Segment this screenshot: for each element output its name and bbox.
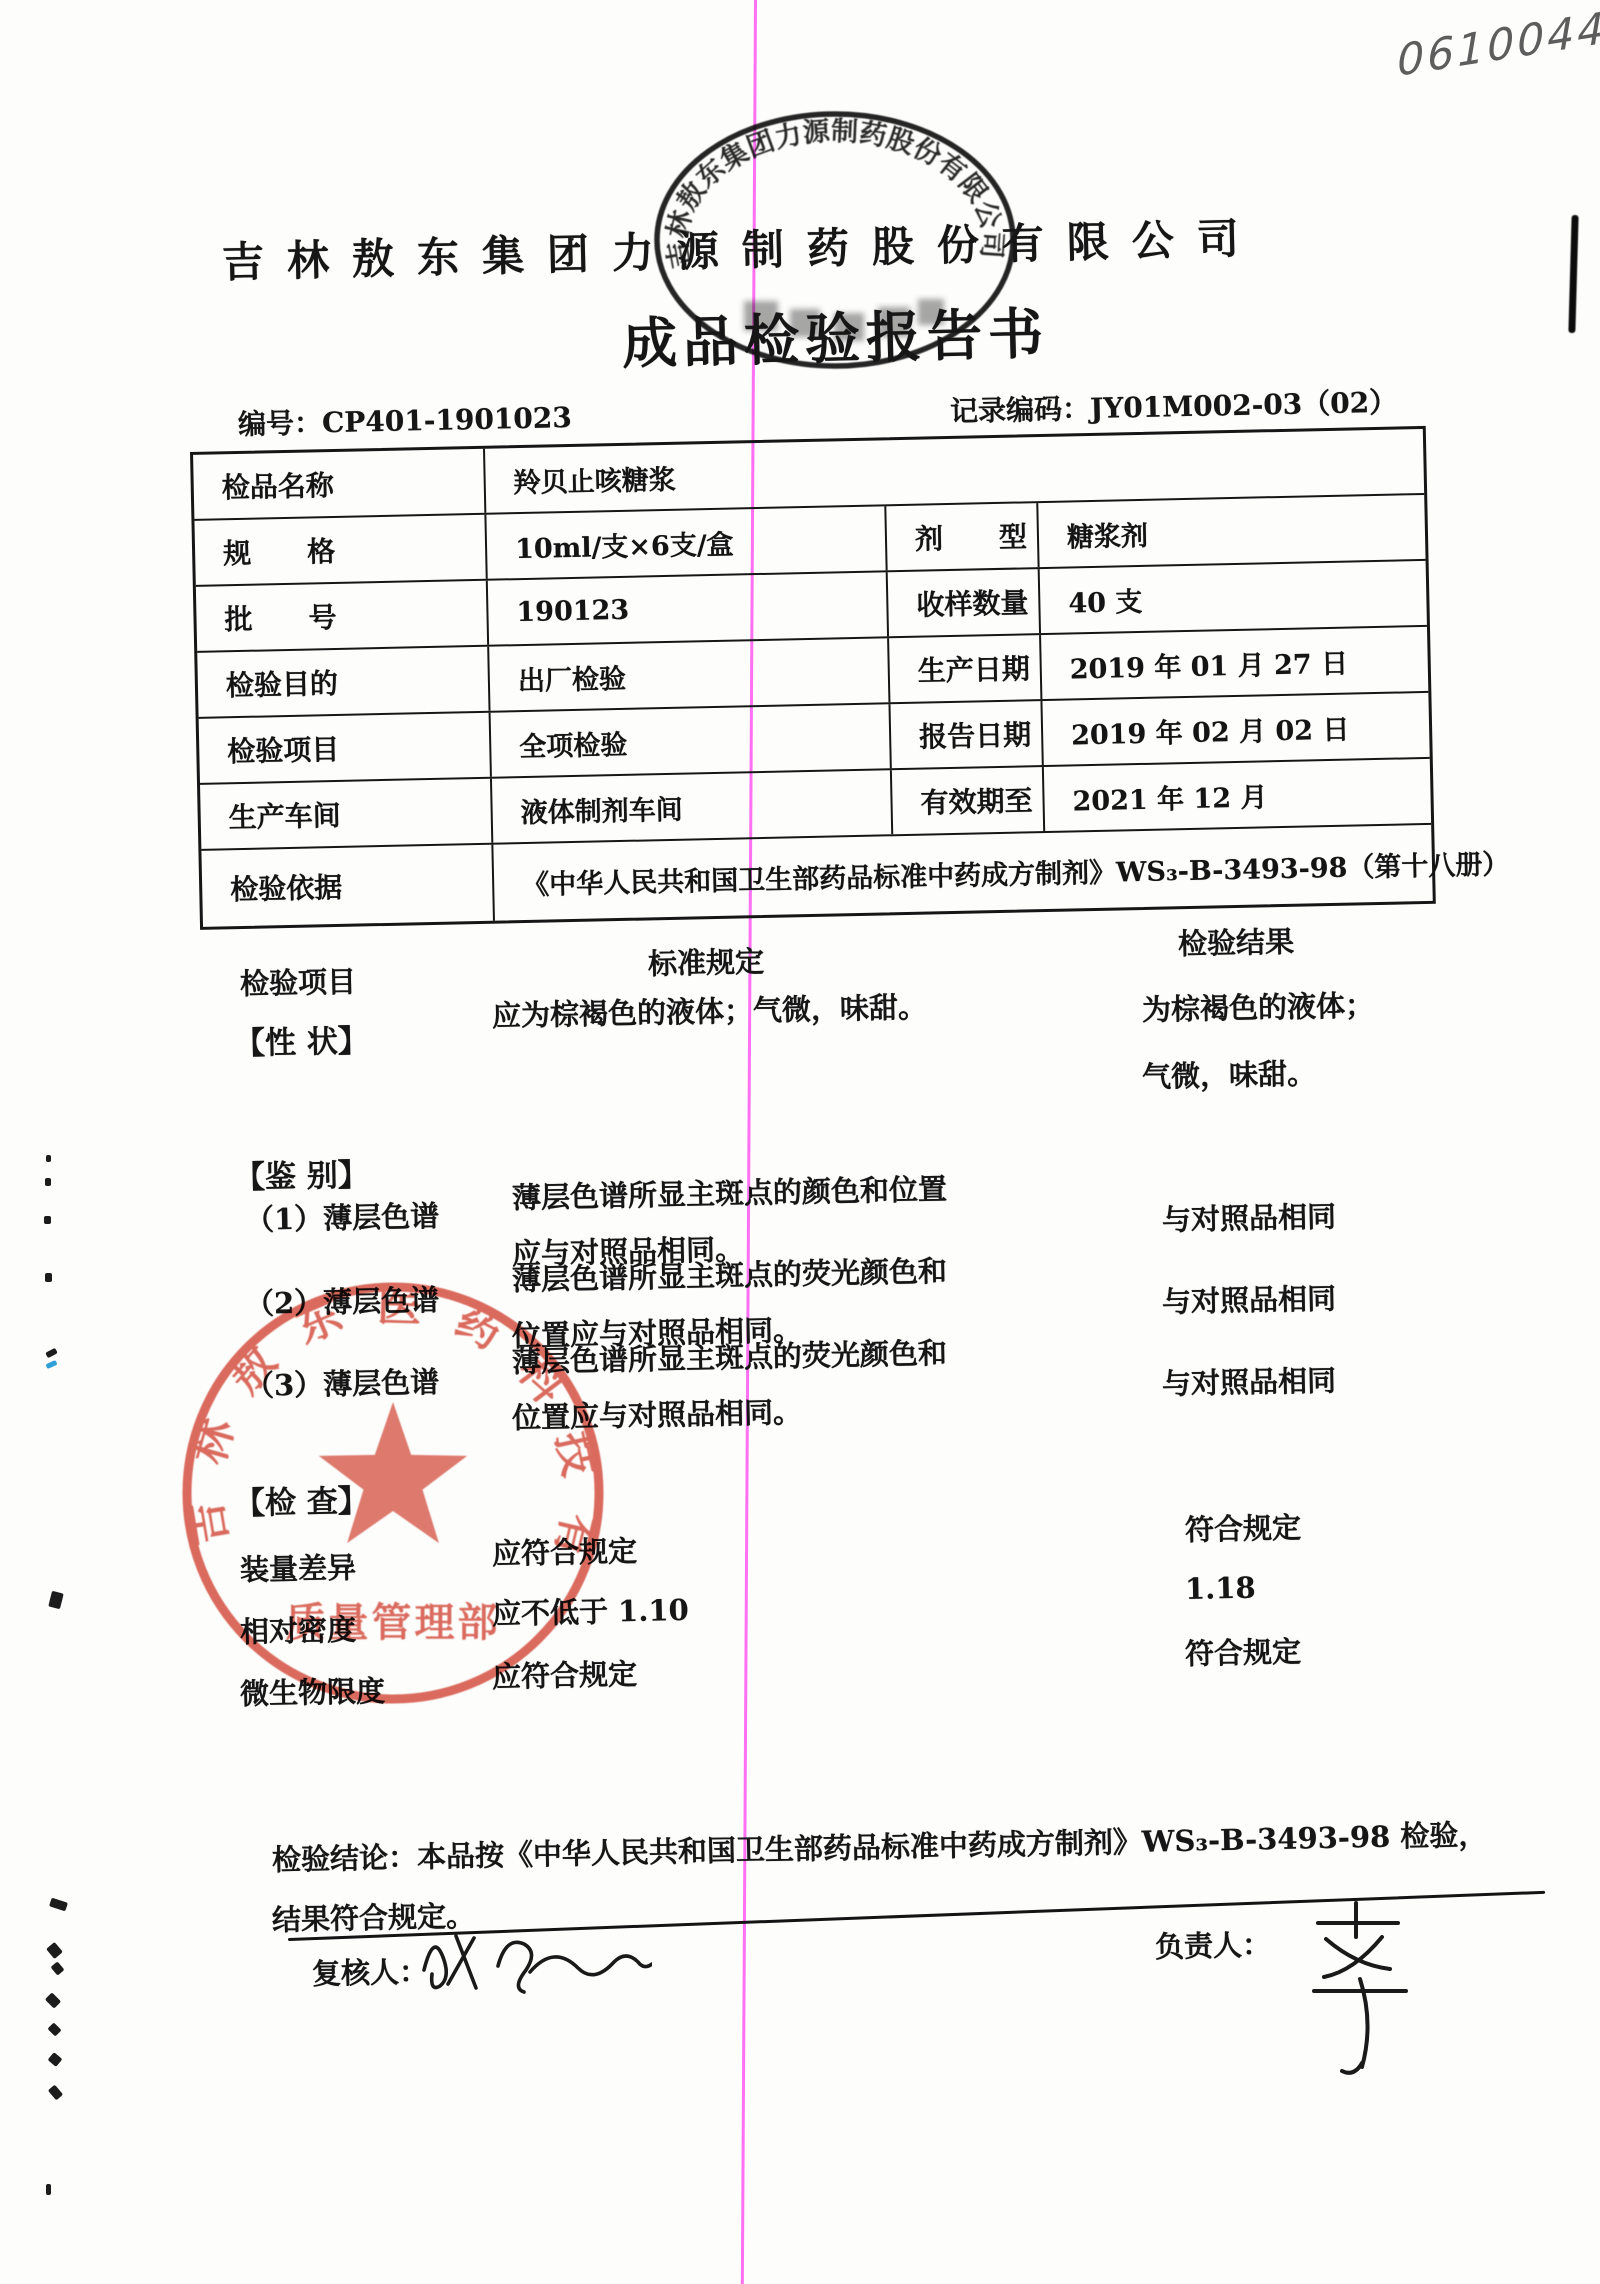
reviewer-label: 复核人： xyxy=(312,1950,429,1993)
responsible-label: 负责人： xyxy=(1155,1923,1272,1966)
section-label-identification: 【鉴 别】 xyxy=(234,1149,370,1197)
inspection-result: 符合规定 xyxy=(1185,1506,1302,1549)
row-value: 全项检验 xyxy=(491,704,892,776)
record-code-label: 记录编码： xyxy=(950,392,1091,428)
identification-standard: 薄层色谱所显主斑点的颜色和位置 xyxy=(512,1167,948,1217)
doc-number-label: 编号： xyxy=(238,406,323,441)
scan-mark xyxy=(46,1942,63,1959)
company-title: 吉林敖东集团力源制药股份有限公司 xyxy=(221,206,1262,290)
row-value2: 2019 年 02 月 02 日 xyxy=(1042,693,1429,765)
row-label2: 有效期至 xyxy=(892,767,1045,834)
identification-item-name: （1）薄层色谱 xyxy=(245,1194,440,1239)
identification-result: 与对照品相同 xyxy=(1162,1276,1337,1321)
row-label: 检品名称 xyxy=(193,449,486,519)
row-value: 液体制剂车间 xyxy=(492,770,893,842)
row-value: 出厂检验 xyxy=(489,638,890,710)
character-result-line1: 为棕褐色的液体； xyxy=(1142,983,1375,1029)
reviewer-signature xyxy=(412,1908,652,2018)
handwritten-archive-number: 0610044 xyxy=(1397,3,1600,87)
svg-text:吉林敖东医药科技有限公司: 吉林敖东医药科技有限公司 xyxy=(168,1268,605,1563)
scanned-inspection-report: 0610044 吉林敖东集团力源制药股份有限公司 吉林敖东集团力源制药股份有限公… xyxy=(0,0,1600,2284)
conclusion-line1: 检验结论：本品按《中华人民共和国卫生部药品标准中药成方制剂》WS₃-B-3493… xyxy=(272,1813,1488,1879)
row-label2: 剂 型 xyxy=(886,503,1039,570)
record-code-value: JY01M002-03（02） xyxy=(1090,386,1398,425)
row-value2: 糖浆剂 xyxy=(1038,495,1425,567)
scan-mark xyxy=(45,1273,52,1282)
row-label: 检验目的 xyxy=(197,647,490,717)
col-header-item: 检验项目 xyxy=(240,960,357,1003)
row-label: 规 格 xyxy=(194,515,487,585)
row-label2: 报告日期 xyxy=(890,701,1043,768)
scan-mark xyxy=(47,2022,61,2036)
character-standard: 应为棕褐色的液体；气微，味甜。 xyxy=(492,985,928,1035)
character-result-line2: 气微，味甜。 xyxy=(1142,1051,1317,1096)
scan-binding-mark xyxy=(1568,215,1578,333)
row-label: 生产车间 xyxy=(200,779,493,849)
red-stamp-star xyxy=(319,1402,467,1543)
row-value2: 40 支 xyxy=(1040,561,1427,633)
report-title: 成品检验报告书 xyxy=(621,290,1050,379)
row-label: 检验项目 xyxy=(199,713,492,783)
scan-mark xyxy=(44,1216,51,1224)
identification-result: 与对照品相同 xyxy=(1162,1358,1337,1403)
row-value2: 2021 年 12 月 xyxy=(1044,759,1431,831)
scan-mark xyxy=(45,1348,58,1358)
scan-mark xyxy=(45,1178,51,1186)
scan-mark xyxy=(48,1591,64,1609)
section-label-character: 【性 状】 xyxy=(234,1015,370,1063)
row-label2: 收样数量 xyxy=(888,569,1041,636)
row-label: 检验依据 xyxy=(201,845,495,927)
scan-mark xyxy=(49,1898,68,1912)
doc-number-value: CP401-1901023 xyxy=(322,401,572,439)
scan-mark xyxy=(46,1155,51,1162)
scan-mark xyxy=(45,1992,61,2008)
scan-mark xyxy=(48,2085,63,2101)
doc-number-line: 编号：CP401-1901023 xyxy=(238,396,573,443)
scan-mark xyxy=(46,2184,51,2195)
inspection-result: 1.18 xyxy=(1185,1571,1256,1606)
inspection-result: 符合规定 xyxy=(1185,1630,1302,1673)
responsible-signature xyxy=(1290,1895,1440,2080)
row-value: 190123 xyxy=(488,572,889,644)
col-header-result: 检验结果 xyxy=(1178,920,1295,963)
red-stamp-arc-text: 吉林敖东医药科技有限公司 xyxy=(168,1268,605,1563)
identification-result: 与对照品相同 xyxy=(1162,1194,1337,1239)
scan-mark xyxy=(51,1961,65,1975)
scan-mark xyxy=(48,2052,63,2067)
row-label2: 生产日期 xyxy=(889,635,1042,702)
scan-mark-color xyxy=(45,1360,57,1369)
row-value: 10ml/支×6支/盒 xyxy=(486,506,887,578)
red-stamp-center-text: 质量管理部 xyxy=(286,1600,501,1646)
col-header-standard: 标准规定 xyxy=(648,940,765,983)
sample-info-table: 检品名称 羚贝止咳糖浆 规 格 10ml/支×6支/盒 剂 型 糖浆剂 批 号 … xyxy=(190,426,1436,930)
red-qc-department-stamp: 吉林敖东医药科技有限公司 质量管理部 xyxy=(168,1268,618,1718)
row-value2: 2019 年 01 月 27 日 xyxy=(1041,627,1428,699)
row-label: 批 号 xyxy=(196,581,489,651)
record-code-line: 记录编码：JY01M002-03（02） xyxy=(950,381,1398,430)
